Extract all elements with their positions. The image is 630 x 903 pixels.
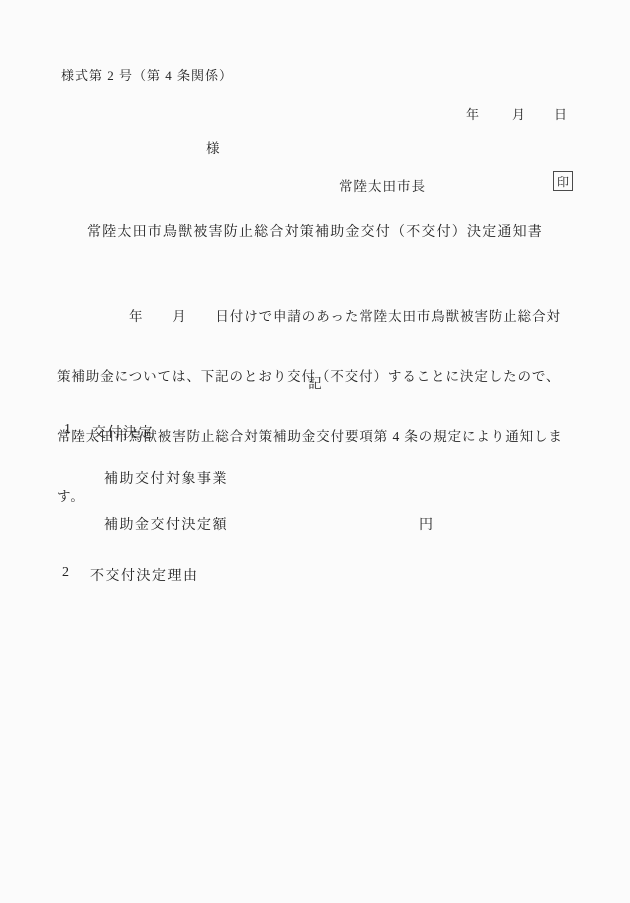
body-line-1: 年 月 日付けで申請のあった常陸太田市鳥獣被害防止総合対 (57, 307, 577, 327)
document-title: 常陸太田市鳥獣被害防止総合対策補助金交付（不交付）決定通知書 (0, 221, 630, 241)
date-month-label: 月 (512, 104, 525, 123)
recipient-honorific: 様 (206, 137, 220, 157)
document-page: 様式第 2 号（第 4 条関係） 年 月 日 様 常陸太田市長 印 常陸太田市鳥… (0, 0, 630, 903)
date-year-label: 年 (466, 104, 479, 123)
seal-label: 印 (557, 173, 569, 190)
section-2-label: 不交付決定理由 (90, 565, 199, 585)
section-1-label: 交付決定 (92, 422, 154, 442)
body-line-4: す。 (57, 487, 577, 507)
section-1-number: 1 (64, 422, 71, 438)
issuer-title: 常陸太田市長 (339, 175, 426, 195)
body-paragraph: 年 月 日付けで申請のあった常陸太田市鳥獣被害防止総合対 策補助金については、下… (57, 267, 577, 547)
form-number: 様式第 2 号（第 4 条関係） (61, 65, 233, 84)
field-grant-amount-label: 補助金交付決定額 (104, 514, 228, 534)
seal-box: 印 (553, 171, 573, 191)
field-subsidy-target-project-label: 補助交付対象事業 (104, 468, 228, 488)
section-2-number: 2 (62, 565, 69, 581)
record-marker: 記 (0, 372, 630, 392)
field-grant-amount-unit: 円 (419, 514, 433, 534)
date-day-label: 日 (554, 104, 567, 123)
